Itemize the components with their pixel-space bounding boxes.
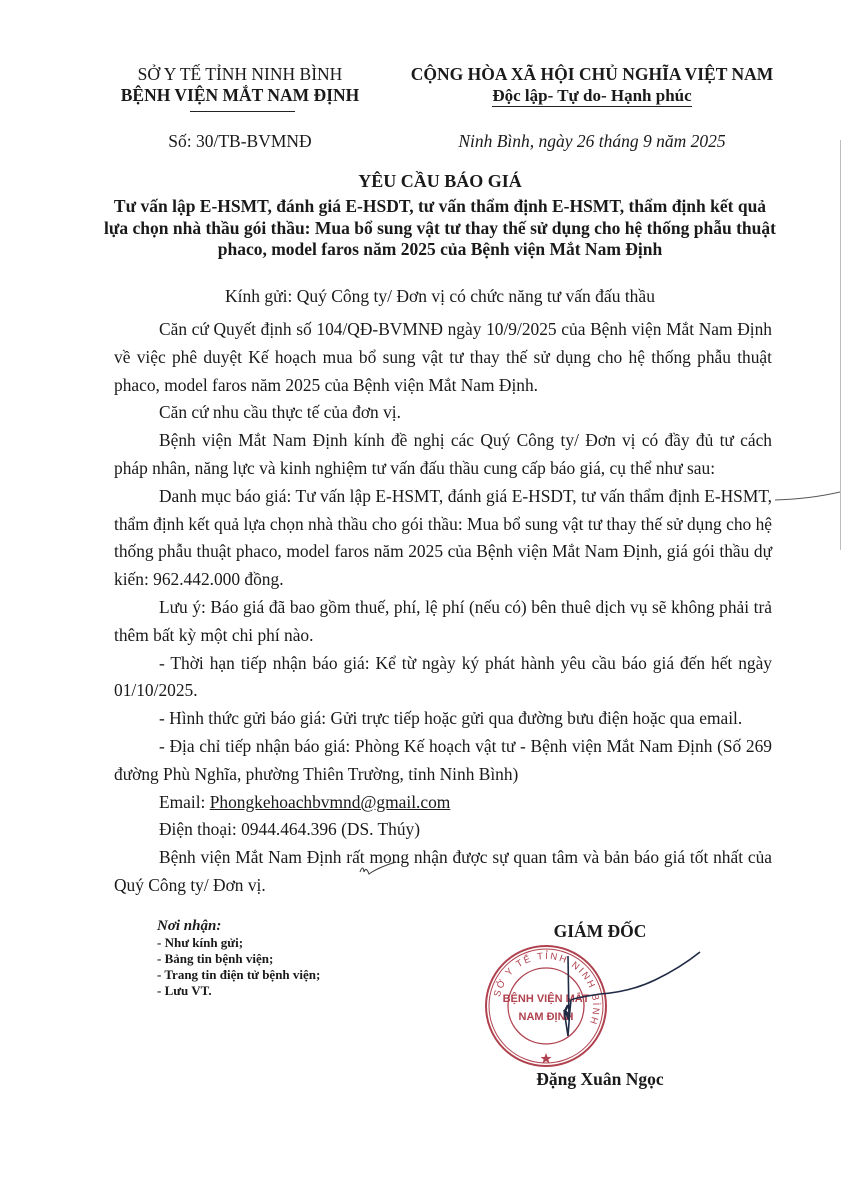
paragraph-email: Email: Phongkehoachbvmnd@gmail.com	[114, 789, 772, 817]
paragraph-phone: Điện thoại: 0944.464.396 (DS. Thúy)	[114, 816, 772, 844]
document-number: Số: 30/TB-BVMNĐ	[100, 131, 380, 152]
issuing-agency: SỞ Y TẾ TỈNH NINH BÌNH BỆNH VIỆN MẮT NAM…	[100, 64, 380, 112]
nation-motto: Độc lập- Tự do- Hạnh phúc	[492, 86, 691, 107]
document-title: YÊU CẦU BÁO GIÁ	[100, 171, 780, 193]
email-link[interactable]: Phongkehoachbvmnd@gmail.com	[210, 792, 451, 812]
recipient-item: - Lưu VT.	[157, 983, 320, 999]
recipient-item: - Bảng tin bệnh viện;	[157, 951, 320, 967]
handwritten-signature-icon	[560, 950, 710, 1060]
scan-margin-line	[840, 140, 841, 550]
paragraph-deadline: - Thời hạn tiếp nhận báo giá: Kể từ ngày…	[114, 650, 772, 706]
paragraph-address: - Địa chỉ tiếp nhận báo giá: Phòng Kế ho…	[114, 733, 772, 789]
paragraph-needs: Căn cứ nhu cầu thực tế của đơn vị.	[114, 399, 772, 427]
agency-name: BỆNH VIỆN MẮT NAM ĐỊNH	[100, 85, 380, 106]
agency-parent: SỞ Y TẾ TỈNH NINH BÌNH	[100, 64, 380, 85]
nation-title: CỘNG HÒA XÃ HỘI CHỦ NGHĨA VIỆT NAM	[382, 64, 802, 85]
signer-title: GIÁM ĐỐC	[520, 921, 680, 942]
paragraph-quote-scope: Danh mục báo giá: Tư vấn lập E-HSMT, đán…	[114, 483, 772, 594]
agency-underline	[190, 111, 295, 112]
email-label: Email:	[159, 792, 210, 812]
paragraph-closing: Bệnh viện Mắt Nam Định rất mong nhận đượ…	[114, 844, 772, 900]
paragraph-note: Lưu ý: Báo giá đã bao gồm thuế, phí, lệ …	[114, 594, 772, 650]
place-date: Ninh Bình, ngày 26 tháng 9 năm 2025	[382, 131, 802, 152]
recipients-list: Nơi nhận: - Như kính gửi; - Bảng tin bện…	[157, 918, 320, 999]
paragraph-submission-method: - Hình thức gửi báo giá: Gửi trực tiếp h…	[114, 705, 772, 733]
document-body: Căn cứ Quyết định số 104/QĐ-BVMNĐ ngày 1…	[114, 316, 772, 900]
scan-margin-stroke	[775, 490, 840, 502]
recipients-heading: Nơi nhận:	[157, 918, 320, 934]
initials-mark-icon	[358, 860, 398, 878]
recipient-item: - Như kính gửi;	[157, 935, 320, 951]
signer-name: Đặng Xuân Ngọc	[500, 1069, 700, 1090]
paragraph-request: Bệnh viện Mắt Nam Định kính đề nghị các …	[114, 427, 772, 483]
recipient-item: - Trang tin điện tử bệnh viện;	[157, 967, 320, 983]
addressee: Kính gửi: Quý Công ty/ Đơn vị có chức nă…	[100, 286, 780, 307]
document-subject: Tư vấn lập E-HSMT, đánh giá E-HSDT, tư v…	[100, 196, 780, 261]
national-motto: CỘNG HÒA XÃ HỘI CHỦ NGHĨA VIỆT NAM Độc l…	[382, 64, 802, 106]
paragraph-legal-basis: Căn cứ Quyết định số 104/QĐ-BVMNĐ ngày 1…	[114, 316, 772, 399]
